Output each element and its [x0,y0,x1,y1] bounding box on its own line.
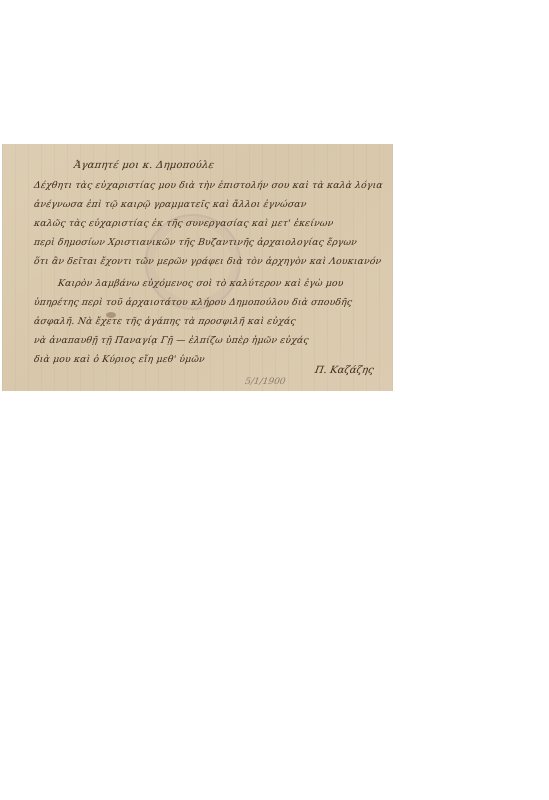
letter-line: Δέχθητι τὰς εὐχαριστίας μου διὰ τὴν ἐπισ… [33,180,383,191]
letter-line: ἀσφαλῆ. Νὰ ἔχετε τῆς ἀγάπης τὰ προσφιλῆ … [33,316,296,327]
letter-line: ὑπηρέτης περὶ τοῦ ἀρχαιοτάτου κλήρου Δημ… [33,297,353,308]
letter-line: διὰ μου καὶ ὁ Κύριος εἴη μεθ' ὑμῶν [33,354,205,365]
handwritten-letter-scan: Ἀγαπητέ μοι κ. Δημοπούλε Δέχθητι τὰς εὐχ… [2,144,393,391]
letter-line: ἀνέγνωσα ἐπὶ τῷ καιρῷ γραμματεῖς καὶ ἄλλ… [33,199,307,210]
letter-line: ὅτι ἂν δεῖται ἔχοντι τῶν μερῶν γράφει δι… [33,256,382,267]
letter-line: Καιρὸν λαμβάνω εὐχόμενος σοὶ τὸ καλύτερο… [57,278,344,289]
letter-salutation: Ἀγαπητέ μοι κ. Δημοπούλε [73,160,215,171]
letter-line: καλῶς τὰς εὐχαριστίας ἐκ τῆς συνεργασίας… [33,218,334,229]
pencil-date-note: 5/1/1900 [244,377,286,387]
letter-line: νὰ ἀναπαυθῇ τῇ Παναγίᾳ Γῇ — ἐλπίζω ὑπὲρ … [33,335,309,346]
letter-line: περὶ δημοσίων Χριστιανικῶν τῆς Βυζαντινῆ… [33,237,357,248]
letter-signature: Π. Καζάζης [314,365,374,376]
page-background: Ἀγαπητέ μοι κ. Δημοπούλε Δέχθητι τὰς εὐχ… [0,0,549,800]
